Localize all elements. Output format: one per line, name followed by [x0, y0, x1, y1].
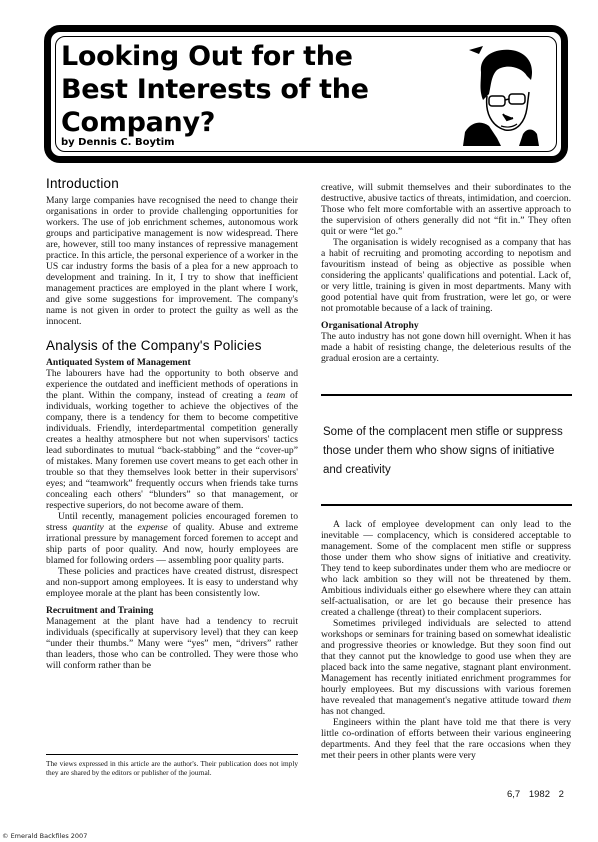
development-paragraph-1: A lack of employee development can only … — [321, 519, 571, 618]
development-paragraph-3: Engineers within the plant have told me … — [321, 717, 571, 761]
subheading-recruitment-training: Recruitment and Training — [46, 605, 298, 616]
right-column-top: creative, will submit themselves and the… — [321, 182, 571, 364]
analysis-paragraph-2: Until recently, management policies enco… — [46, 511, 298, 566]
right-paragraph-1: creative, will submit themselves and the… — [321, 182, 571, 237]
right-column-bottom: A lack of employee development can only … — [321, 519, 571, 761]
subheading-antiquated-system: Antiquated System of Management — [46, 357, 298, 368]
title-banner: Looking Out for the Best Interests of th… — [44, 25, 568, 163]
pull-quote-box: Some of the complacent men stifle or sup… — [321, 394, 572, 506]
heading-analysis: Analysis of the Company's Policies — [46, 340, 298, 351]
introduction-paragraph: Many large companies have recognised the… — [46, 195, 298, 327]
pull-quote-text: Some of the complacent men stifle or sup… — [323, 423, 573, 480]
copyright-notice: © Emerald Backfiles 2007 — [2, 832, 87, 840]
folio-page-number: 2 — [559, 789, 564, 800]
recruitment-paragraph: Management at the plant have had a tende… — [46, 616, 298, 671]
footnote-disclaimer: The views expressed in this article are … — [46, 754, 298, 777]
folio-issue: 6,7 — [507, 789, 520, 800]
folio-year: 1982 — [529, 789, 550, 800]
analysis-paragraph-3: These policies and practices have create… — [46, 566, 298, 599]
author-byline: by Dennis C. Boytim — [61, 137, 175, 148]
left-column: Introduction Many large companies have r… — [46, 178, 298, 671]
article-title: Looking Out for the Best Interests of th… — [61, 40, 401, 139]
analysis-paragraph-1: The labourers have had the opportunity t… — [46, 368, 298, 511]
heading-introduction: Introduction — [46, 178, 298, 189]
subheading-organisational-atrophy: Organisational Atrophy — [321, 320, 571, 331]
development-paragraph-2: Sometimes privileged individuals are sel… — [321, 618, 571, 717]
right-paragraph-2: The organisation is widely recognised as… — [321, 237, 571, 314]
author-portrait-icon — [461, 42, 543, 146]
atrophy-paragraph: The auto industry has not gone down hill… — [321, 331, 571, 364]
page-folio: 6,7 1982 2 — [507, 789, 564, 800]
